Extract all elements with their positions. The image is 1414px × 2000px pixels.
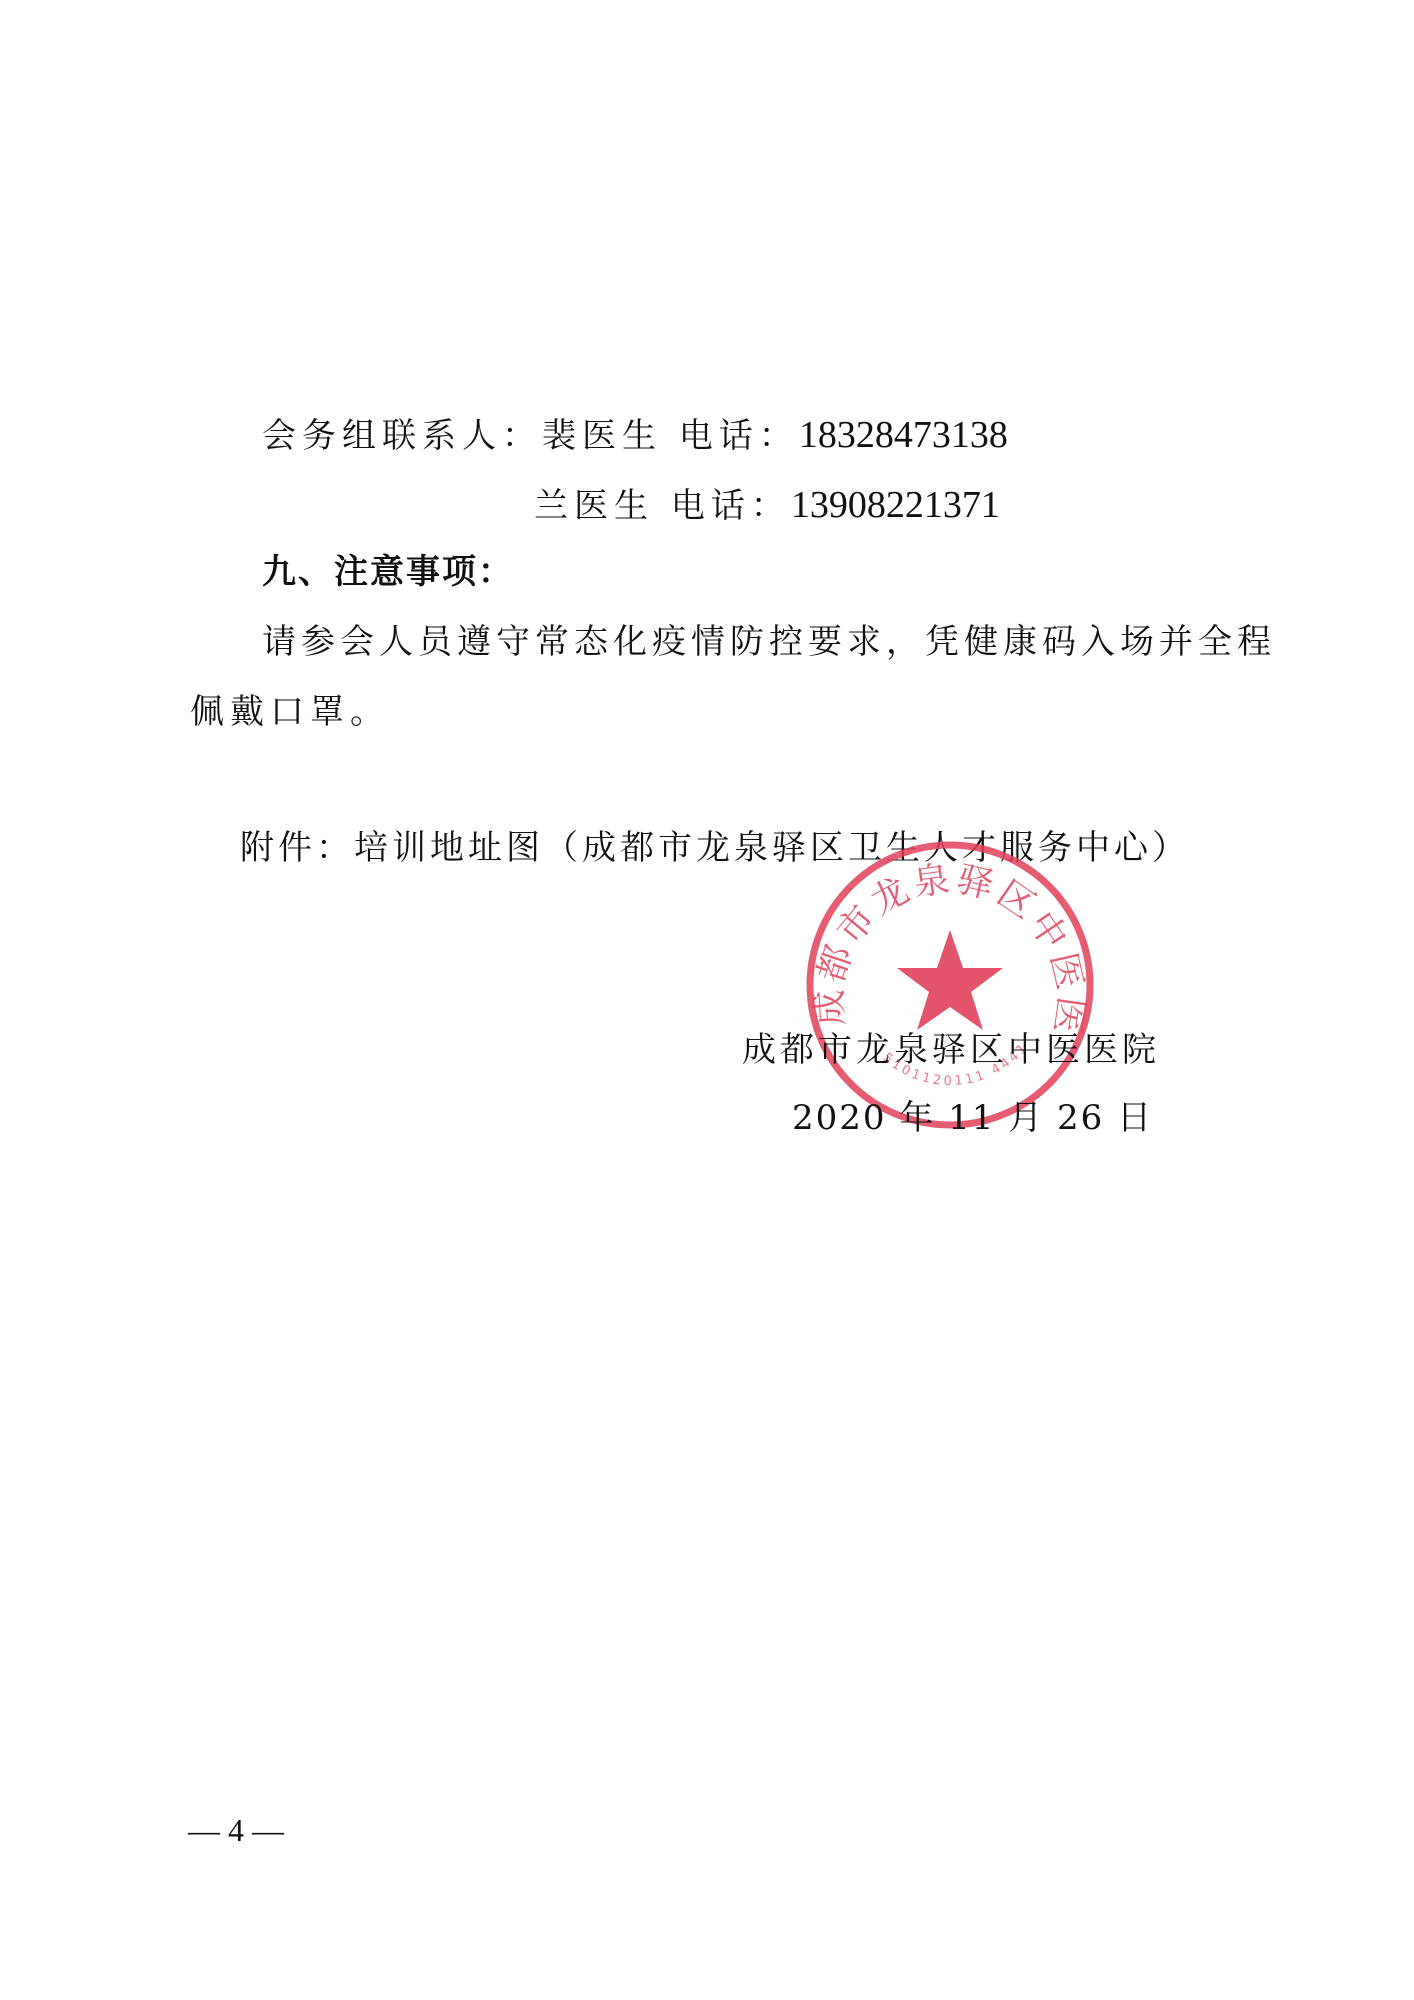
- phone-label: 电话：: [671, 486, 791, 526]
- contact-line-1: 会务组联系人：裴医生 电话：18328473138: [262, 408, 1008, 457]
- contact-name: 裴医生: [542, 416, 662, 456]
- section-heading: 九、注意事项：: [262, 544, 514, 593]
- section-body-line2: 佩戴口罩。: [190, 684, 390, 733]
- phone-number: 18328473138: [799, 414, 1008, 456]
- phone-label: 电话：: [679, 416, 799, 456]
- section-body-line1: 请参会人员遵守常态化疫情防控要求，凭健康码入场并全程: [262, 614, 1276, 663]
- contact-name: 兰医生: [534, 486, 654, 526]
- phone-number: 13908221371: [791, 484, 1000, 526]
- contact-line-2: 兰医生 电话：13908221371: [534, 478, 1000, 527]
- attachment-line: 附件：培训地址图（成都市龙泉驿区卫生人才服务中心）: [240, 820, 1190, 869]
- contact-label: 会务组联系人：: [262, 416, 542, 456]
- signature-org: 成都市龙泉驿区中医医院: [742, 1022, 1160, 1071]
- page-number: — 4 —: [188, 1812, 284, 1849]
- signature-date: 2020 年 11 月 26 日: [792, 1090, 1153, 1139]
